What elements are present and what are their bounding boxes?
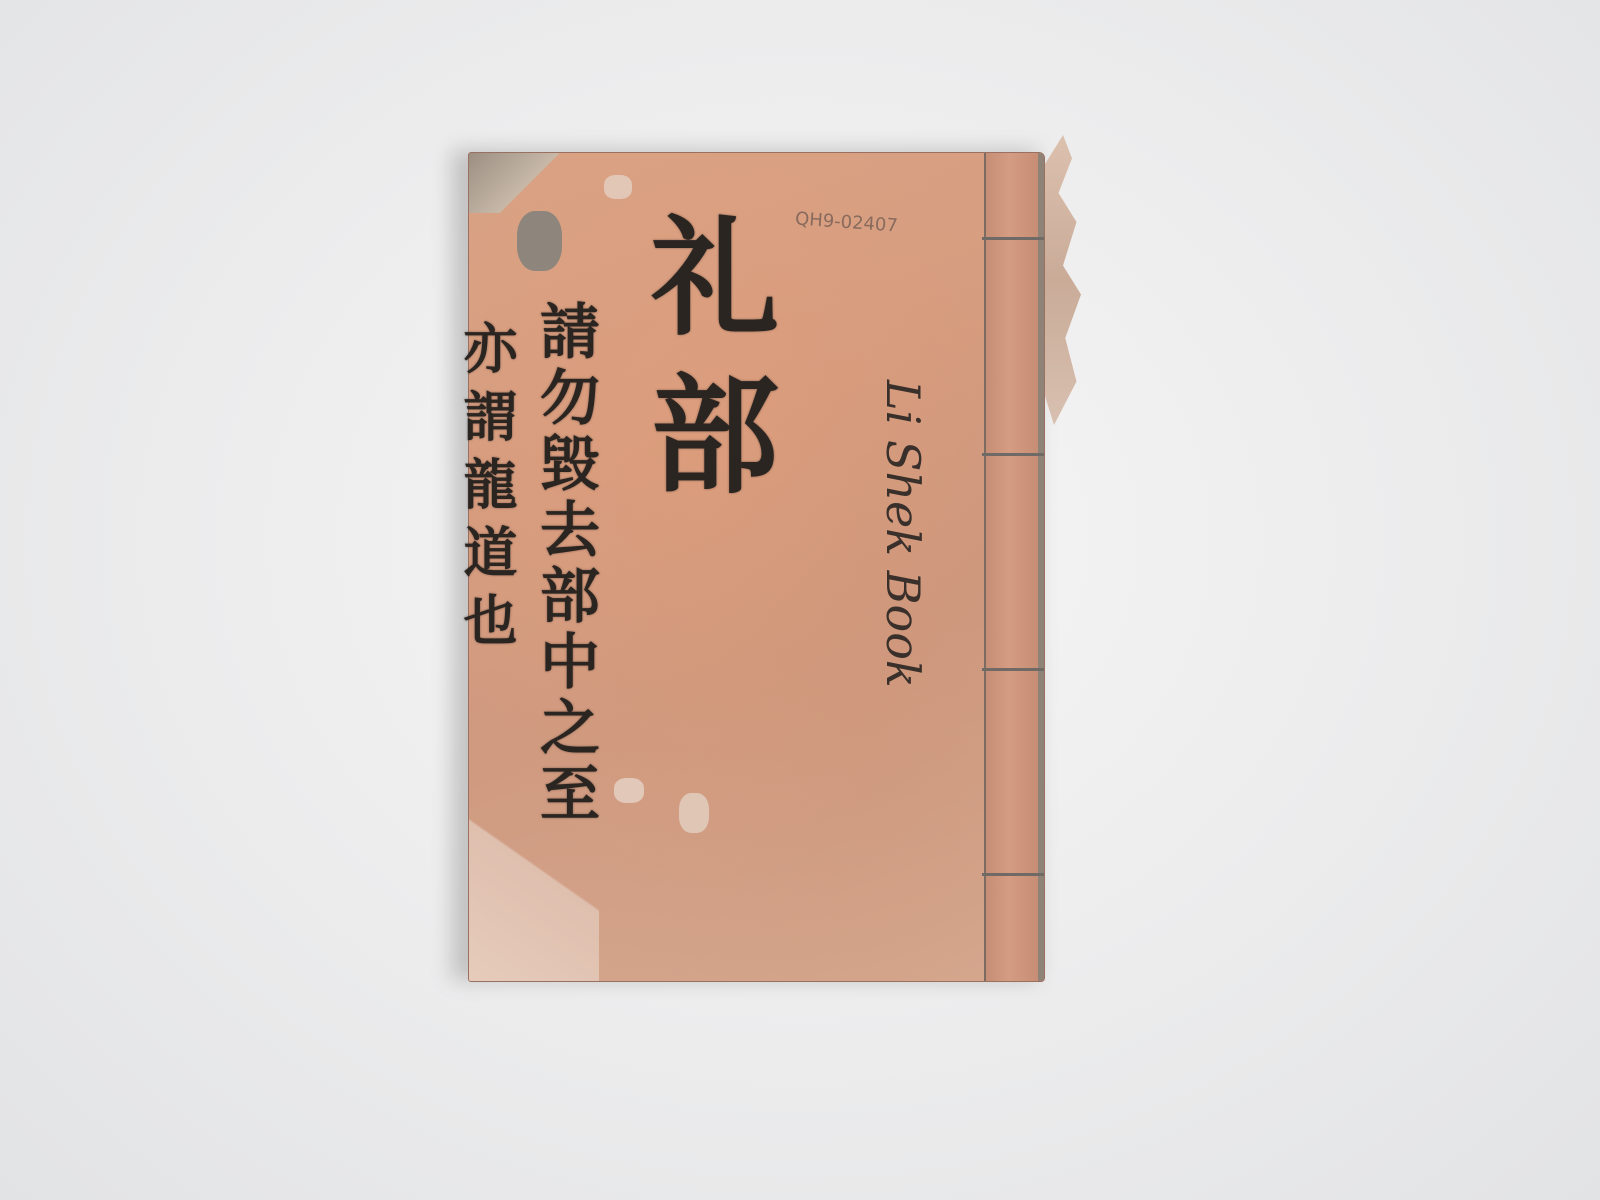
cover-title: 礼部 [640,210,768,526]
binding-stitch [982,453,1044,456]
spine-edge [1038,153,1044,981]
binding-stitch [982,237,1044,240]
stain-patch [614,778,644,803]
book-spine [984,153,1044,981]
binding-stitch [982,668,1044,671]
binding-stitch [982,873,1044,876]
torn-paper-edge [1045,135,1090,425]
inscription-column-1: 請勿毀去部中之至 [535,300,595,828]
worn-corner-top-left [469,153,559,213]
inscription-column-2: 亦謂龍道也 [460,320,514,660]
script-annotation: Li Shek Book [876,380,930,688]
stain-patch [604,175,632,199]
stain-patch [517,211,562,271]
stain-patch [679,793,709,833]
